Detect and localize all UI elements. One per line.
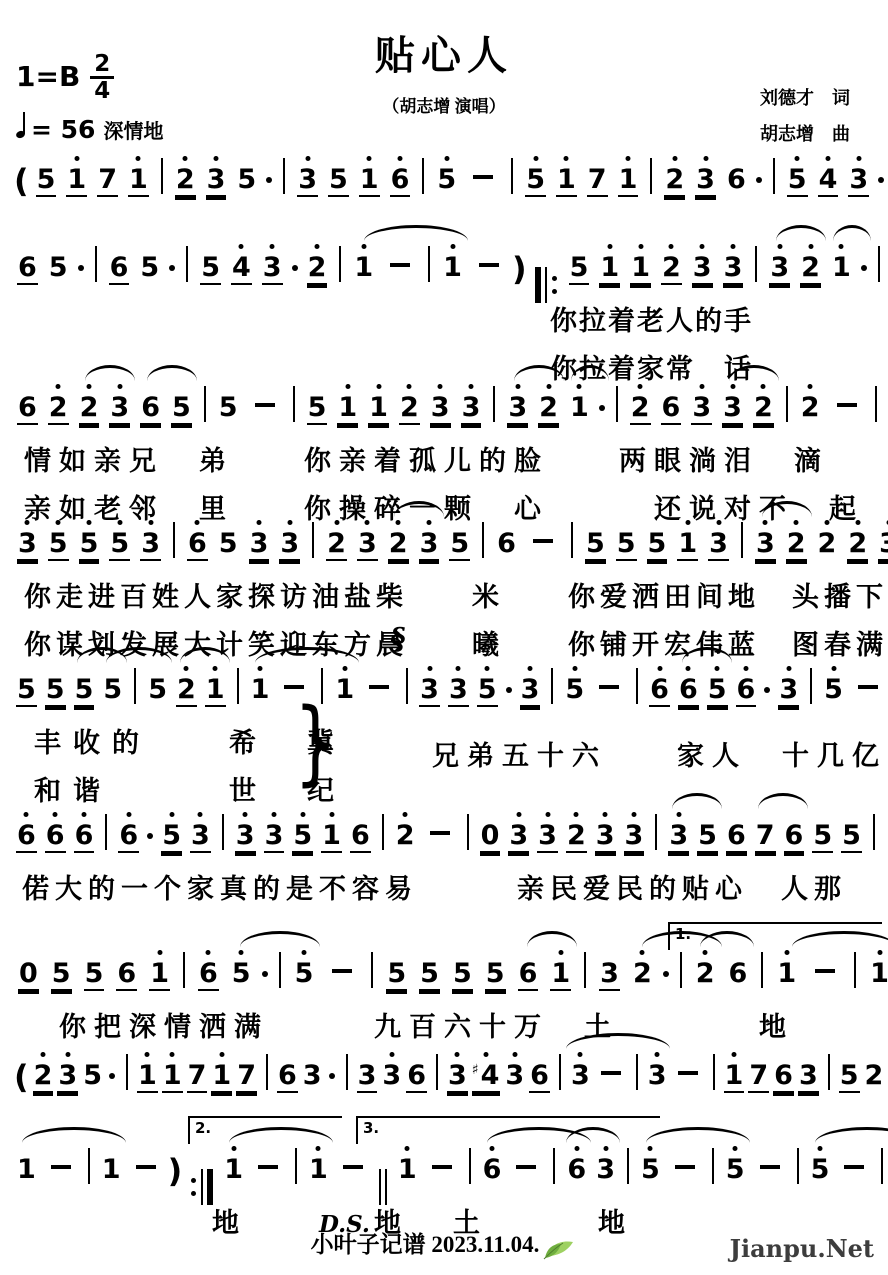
repeat-end-barline xyxy=(188,1169,215,1205)
lyrics-line: 你走进百姓人家探访油盐柴 米 你爱洒田间地 头播下 xyxy=(12,578,880,616)
octave-dot-above xyxy=(136,156,141,161)
barline xyxy=(616,386,618,422)
note: 3 xyxy=(668,821,689,853)
dash-extension xyxy=(760,1165,780,1169)
octave-dot-above xyxy=(397,156,402,161)
augmentation-dot xyxy=(266,177,272,183)
octave-dot-above xyxy=(426,520,431,525)
note: 5 xyxy=(102,675,123,705)
octave-dot-above xyxy=(329,812,334,817)
note: 3 xyxy=(206,165,227,197)
barline xyxy=(773,158,775,194)
note: 1 xyxy=(205,675,226,707)
note: 5 xyxy=(449,529,470,561)
tempo-marking: = 56深情地 xyxy=(16,112,163,144)
transcriber-text: 小叶子记谱 2023.11.04. xyxy=(311,1232,540,1257)
octave-dot-above xyxy=(527,666,532,671)
note: 5 xyxy=(485,959,506,991)
octave-dot-above xyxy=(367,156,372,161)
barline xyxy=(95,246,97,282)
note: 5 xyxy=(45,675,66,707)
volta-label: 1. xyxy=(670,926,691,943)
lyrics-line: 你把深情洒满 九百六十万 土 地 xyxy=(12,1008,880,1046)
note: 3 xyxy=(430,393,451,425)
octave-dot-above xyxy=(808,384,813,389)
note: 6 xyxy=(661,393,682,425)
note: 3 xyxy=(57,1061,78,1093)
note: 5 xyxy=(564,675,585,705)
octave-dot-above xyxy=(831,666,836,671)
octave-dot-above xyxy=(731,1052,736,1057)
note: 5 xyxy=(697,821,718,853)
music-system: (23511717633363♯436331763526 xyxy=(12,1054,880,1100)
note: 2 xyxy=(395,821,416,851)
octave-dot-above xyxy=(655,1052,660,1057)
octave-dot-above xyxy=(638,244,643,249)
octave-dot-above xyxy=(345,384,350,389)
note: 3 xyxy=(279,529,300,561)
note: 2 xyxy=(630,393,651,425)
barline xyxy=(741,522,743,558)
barline xyxy=(382,814,384,850)
octave-dot-above xyxy=(24,812,29,817)
note: 6 xyxy=(45,821,66,853)
barline xyxy=(88,1148,90,1184)
barline xyxy=(755,246,757,282)
note: 7 xyxy=(755,821,776,853)
barline xyxy=(627,1148,629,1184)
note: 2 xyxy=(786,529,807,561)
note: 1 xyxy=(353,253,374,283)
octave-dot-above xyxy=(638,384,643,389)
octave-dot-above xyxy=(808,244,813,249)
note: 6 xyxy=(736,675,757,707)
note: 6 xyxy=(187,529,208,561)
barline xyxy=(584,952,586,988)
octave-dot-above xyxy=(198,812,203,817)
octave-dot-above xyxy=(730,244,735,249)
note: 3 xyxy=(599,959,620,991)
note: 5 xyxy=(647,529,668,561)
octave-dot-above xyxy=(287,520,292,525)
notation-row: 3555365332323565551332223 xyxy=(12,522,880,568)
notation-row: 6666533351620332333567655 xyxy=(12,814,880,860)
note: 3 xyxy=(595,1155,616,1185)
barline xyxy=(655,814,657,850)
note: 3 xyxy=(798,1061,819,1093)
tempo-expression: 深情地 xyxy=(103,119,163,143)
octave-dot-above xyxy=(456,666,461,671)
dash-extension xyxy=(479,263,499,267)
note: 5 xyxy=(36,165,57,197)
note: 3 xyxy=(755,529,776,561)
note: ♯4 xyxy=(472,1061,501,1093)
octave-dot-above xyxy=(157,950,162,955)
octave-dot-above xyxy=(607,244,612,249)
octave-dot-above xyxy=(213,666,218,671)
barline xyxy=(636,668,638,704)
augmentation-dot xyxy=(663,971,669,977)
note: 1 xyxy=(137,1061,158,1093)
barline xyxy=(173,522,175,558)
note: 3 xyxy=(508,821,529,853)
music-system: 3555365332323565551332223你走进百姓人家探访油盐柴 米 … xyxy=(12,522,880,664)
dash-extension xyxy=(343,1165,363,1169)
note: 7 xyxy=(587,165,608,197)
note: 6 xyxy=(390,165,411,197)
barline xyxy=(467,814,469,850)
note: 1 xyxy=(599,253,620,285)
note: 5 xyxy=(48,253,69,283)
augmentation-dot xyxy=(262,971,268,977)
barline xyxy=(636,1054,638,1090)
barline xyxy=(810,668,812,704)
octave-dot-above xyxy=(455,1052,460,1057)
note: 6 xyxy=(118,821,139,853)
note: 3 xyxy=(419,675,440,707)
note: 3 xyxy=(262,253,283,285)
note: 3 xyxy=(297,165,318,197)
barline xyxy=(881,1148,883,1184)
octave-dot-above xyxy=(214,156,219,161)
note: 2 xyxy=(538,393,559,425)
note: 5 xyxy=(74,675,95,707)
note: 5 xyxy=(16,675,37,707)
note: 5 xyxy=(640,1155,661,1185)
octave-dot-above xyxy=(117,520,122,525)
octave-dot-above xyxy=(56,384,61,389)
note: 6 xyxy=(496,529,517,559)
note: 3 xyxy=(448,675,469,707)
augmentation-dot xyxy=(78,265,84,271)
notation-row: 05561655555561322611 xyxy=(12,952,880,998)
octave-dot-above xyxy=(53,812,58,817)
note: 6 xyxy=(529,1061,550,1093)
note: 5 xyxy=(161,821,182,853)
tempo-bpm: = 56 xyxy=(31,115,95,144)
note: 1 xyxy=(724,1061,745,1093)
octave-dot-above xyxy=(403,812,408,817)
note: 3 xyxy=(692,253,713,285)
note: 1 xyxy=(776,959,797,989)
music-system: 55555211133535665635丰收的 希 冀和谐 世 纪§}兄弟五十六… xyxy=(12,668,880,810)
barline xyxy=(680,952,682,988)
dash-extension xyxy=(255,403,275,407)
octave-dot-above xyxy=(856,156,861,161)
dash-extension xyxy=(284,685,304,689)
note: 6 xyxy=(784,821,805,853)
note: 3 xyxy=(537,821,558,853)
octave-dot-above xyxy=(485,666,490,671)
dash-extension xyxy=(430,831,450,835)
octave-dot-above xyxy=(763,520,768,525)
octave-dot-above xyxy=(564,156,569,161)
note: 5 xyxy=(569,253,590,285)
note: 2 xyxy=(307,253,328,285)
note: 6 xyxy=(116,959,137,991)
note: 3 xyxy=(140,529,161,561)
note: 3 xyxy=(778,675,799,707)
octave-dot-above xyxy=(794,520,799,525)
dash-extension xyxy=(837,403,857,407)
lyrics-line: 你拉着老人的手 xyxy=(12,302,880,340)
octave-dot-above xyxy=(145,1052,150,1057)
octave-dot-above xyxy=(631,812,636,817)
barline xyxy=(428,246,430,282)
octave-dot-above xyxy=(558,950,563,955)
augmentation-dot xyxy=(506,687,512,693)
dash-extension xyxy=(675,1165,695,1169)
note: 5 xyxy=(231,959,252,989)
note: 5 xyxy=(200,253,221,285)
barline xyxy=(186,246,188,282)
note: 1 xyxy=(162,1061,183,1093)
note: 3 xyxy=(624,821,645,853)
note: 1 xyxy=(321,821,342,853)
note: 5 xyxy=(79,529,100,561)
dash-extension xyxy=(332,969,352,973)
note: 1 xyxy=(630,253,651,285)
octave-dot-above xyxy=(700,244,705,249)
note: 7 xyxy=(236,1061,257,1093)
note: 3 xyxy=(190,821,211,853)
barline xyxy=(283,158,285,194)
octave-dot-above xyxy=(703,156,708,161)
octave-dot-above xyxy=(407,384,412,389)
note: 2 xyxy=(847,529,868,561)
octave-dot-above xyxy=(603,1146,608,1151)
octave-dot-above xyxy=(578,1052,583,1057)
note: 6 xyxy=(726,821,747,853)
note: 3 xyxy=(447,1061,468,1093)
note: 5 xyxy=(171,393,192,425)
note: 1 xyxy=(442,253,463,283)
octave-dot-above xyxy=(239,244,244,249)
octave-dot-above xyxy=(316,1146,321,1151)
note: 5 xyxy=(436,165,457,195)
note: 3 xyxy=(235,821,256,853)
octave-dot-above xyxy=(603,812,608,817)
octave-dot-above xyxy=(376,384,381,389)
slur-tie-arc xyxy=(776,225,826,241)
parenthesis: ) xyxy=(168,1152,183,1190)
barline xyxy=(553,1148,555,1184)
barline xyxy=(422,158,424,194)
barline xyxy=(875,386,877,422)
octave-dot-above xyxy=(239,950,244,955)
note: 3 xyxy=(504,1061,525,1091)
note: 1 xyxy=(550,959,571,991)
barline xyxy=(204,386,206,422)
octave-dot-above xyxy=(86,384,91,389)
octave-dot-above xyxy=(777,244,782,249)
octave-dot-above xyxy=(546,384,551,389)
note: 1 xyxy=(66,165,87,197)
octave-dot-above xyxy=(715,666,720,671)
note: 1 xyxy=(569,393,590,423)
barline xyxy=(371,952,373,988)
note: 4 xyxy=(231,253,252,285)
note: 6 xyxy=(678,675,699,707)
octave-dot-above xyxy=(56,520,61,525)
note: 2 xyxy=(33,1061,54,1093)
volta-bracket: 1. xyxy=(668,922,882,950)
note: 3 xyxy=(520,675,541,707)
note: 6 xyxy=(198,959,219,991)
lyricist-credit: 刘德才 词 xyxy=(760,80,850,116)
note: 3 xyxy=(17,529,38,561)
volta-label: 2. xyxy=(190,1120,211,1137)
octave-dot-above xyxy=(86,520,91,525)
note: 7 xyxy=(748,1061,769,1093)
note: 7 xyxy=(187,1061,208,1093)
lyrics-line: 情如亲兄 弟 你亲着孤儿的脸 两眼淌泪 滴 xyxy=(12,442,880,480)
lyrics-line: 和谐 世 纪 xyxy=(12,772,880,810)
note: 0 xyxy=(480,821,501,853)
octave-dot-above xyxy=(699,384,704,389)
octave-dot-above xyxy=(657,666,662,671)
octave-dot-above xyxy=(25,520,30,525)
octave-dot-above xyxy=(361,244,366,249)
note: 3 xyxy=(595,821,616,853)
note: 1 xyxy=(618,165,639,197)
note: 7 xyxy=(97,165,118,197)
note: 3 xyxy=(461,393,482,425)
note: 5 xyxy=(419,959,440,991)
note: 5 xyxy=(823,675,844,705)
note: 5 xyxy=(51,959,72,991)
parenthesis: ) xyxy=(512,250,527,288)
octave-dot-above xyxy=(761,384,766,389)
music-system: (517123535165517123654322 xyxy=(12,158,880,204)
sheet-music-page: 贴心人 （胡志增 演唱） 刘德才 词 胡志增 曲 1=B24 = 56深情地 (… xyxy=(0,0,888,1275)
octave-dot-above xyxy=(389,1052,394,1057)
note: 2 xyxy=(753,393,774,425)
slur-tie-arc xyxy=(815,1127,888,1143)
barline xyxy=(551,668,553,704)
note: 1 xyxy=(211,1061,232,1093)
credits: 刘德才 词 胡志增 曲 xyxy=(760,80,850,152)
note: 5 xyxy=(386,959,407,991)
augmentation-dot xyxy=(169,265,175,271)
volta-bracket: 2. xyxy=(188,1116,342,1144)
dash-extension xyxy=(390,263,410,267)
leaf-icon xyxy=(543,1234,577,1266)
note: 2 xyxy=(79,393,100,425)
note: 2 xyxy=(326,529,347,561)
composer-credit: 胡志增 曲 xyxy=(760,116,850,152)
note: 5 xyxy=(82,1061,103,1091)
note: 5 xyxy=(147,675,168,705)
note: 3 xyxy=(691,393,712,425)
note: 2 xyxy=(800,393,821,423)
octave-dot-above xyxy=(314,244,319,249)
octave-dot-above xyxy=(625,156,630,161)
note: 1 xyxy=(337,393,358,425)
augmentation-dot xyxy=(878,177,884,183)
slur-tie-arc xyxy=(646,1127,750,1143)
note: 3 xyxy=(357,529,378,561)
note: 1 xyxy=(869,959,888,989)
note: 4 xyxy=(818,165,839,197)
dash-extension xyxy=(51,1165,71,1169)
dash-extension xyxy=(473,175,493,179)
dash-extension xyxy=(601,1071,621,1075)
note: 1 xyxy=(308,1155,329,1185)
octave-dot-above xyxy=(484,1052,489,1057)
meter-denominator: 4 xyxy=(90,79,114,103)
barline xyxy=(312,522,314,558)
note: 6 xyxy=(773,1061,794,1093)
octave-dot-above xyxy=(786,666,791,671)
barline xyxy=(878,246,880,282)
octave-dot-above xyxy=(270,244,275,249)
augmentation-dot xyxy=(109,1073,115,1079)
note: 5 xyxy=(218,393,239,423)
note: 2 xyxy=(566,821,587,853)
octave-dot-above xyxy=(572,666,577,671)
quarter-note-icon xyxy=(16,112,25,138)
octave-dot-above xyxy=(716,520,721,525)
octave-dot-above xyxy=(126,812,131,817)
note: 5 xyxy=(292,821,313,853)
barline xyxy=(134,668,136,704)
octave-dot-above xyxy=(170,1052,175,1057)
note: 1 xyxy=(223,1155,244,1185)
slur-tie-arc xyxy=(527,931,577,947)
octave-dot-above xyxy=(669,244,674,249)
notation-row: 6565543211)511233321 xyxy=(12,246,880,292)
note: 3 xyxy=(302,1061,323,1091)
note: 3 xyxy=(381,1061,402,1091)
note: 6 xyxy=(482,1155,503,1185)
key-letter: B xyxy=(59,60,80,93)
octave-dot-above xyxy=(342,666,347,671)
note: 5 xyxy=(452,959,473,991)
octave-dot-above xyxy=(334,520,339,525)
note: 3 xyxy=(848,165,869,197)
note: 5 xyxy=(84,959,105,991)
octave-dot-above xyxy=(817,1146,822,1151)
song-title: 贴心人 xyxy=(0,24,888,81)
slur-tie-arc xyxy=(364,225,468,241)
note: 3 xyxy=(722,393,743,425)
key-signature: 1=B24 xyxy=(16,52,114,103)
volta-label: 3. xyxy=(358,1120,379,1137)
barline xyxy=(559,1054,561,1090)
note: 3 xyxy=(723,253,744,285)
notation-row: (23511717633363♯436331763526 xyxy=(12,1054,880,1100)
octave-dot-above xyxy=(784,950,789,955)
note: 3 xyxy=(878,529,888,561)
octave-dot-above xyxy=(444,156,449,161)
barline xyxy=(279,952,281,988)
octave-dot-above xyxy=(184,666,189,671)
volta-bracket: 3. xyxy=(356,1116,660,1144)
barline xyxy=(295,1148,297,1184)
note: 5 xyxy=(139,253,160,283)
octave-dot-above xyxy=(672,156,677,161)
barline xyxy=(713,1054,715,1090)
augmentation-dot xyxy=(861,265,867,271)
note: 6 xyxy=(350,821,371,853)
note: 2 xyxy=(632,959,653,989)
octave-dot-above xyxy=(676,812,681,817)
octave-dot-above xyxy=(427,666,432,671)
parenthesis: ( xyxy=(14,1058,29,1096)
dash-extension xyxy=(858,685,878,689)
octave-dot-above xyxy=(685,520,690,525)
